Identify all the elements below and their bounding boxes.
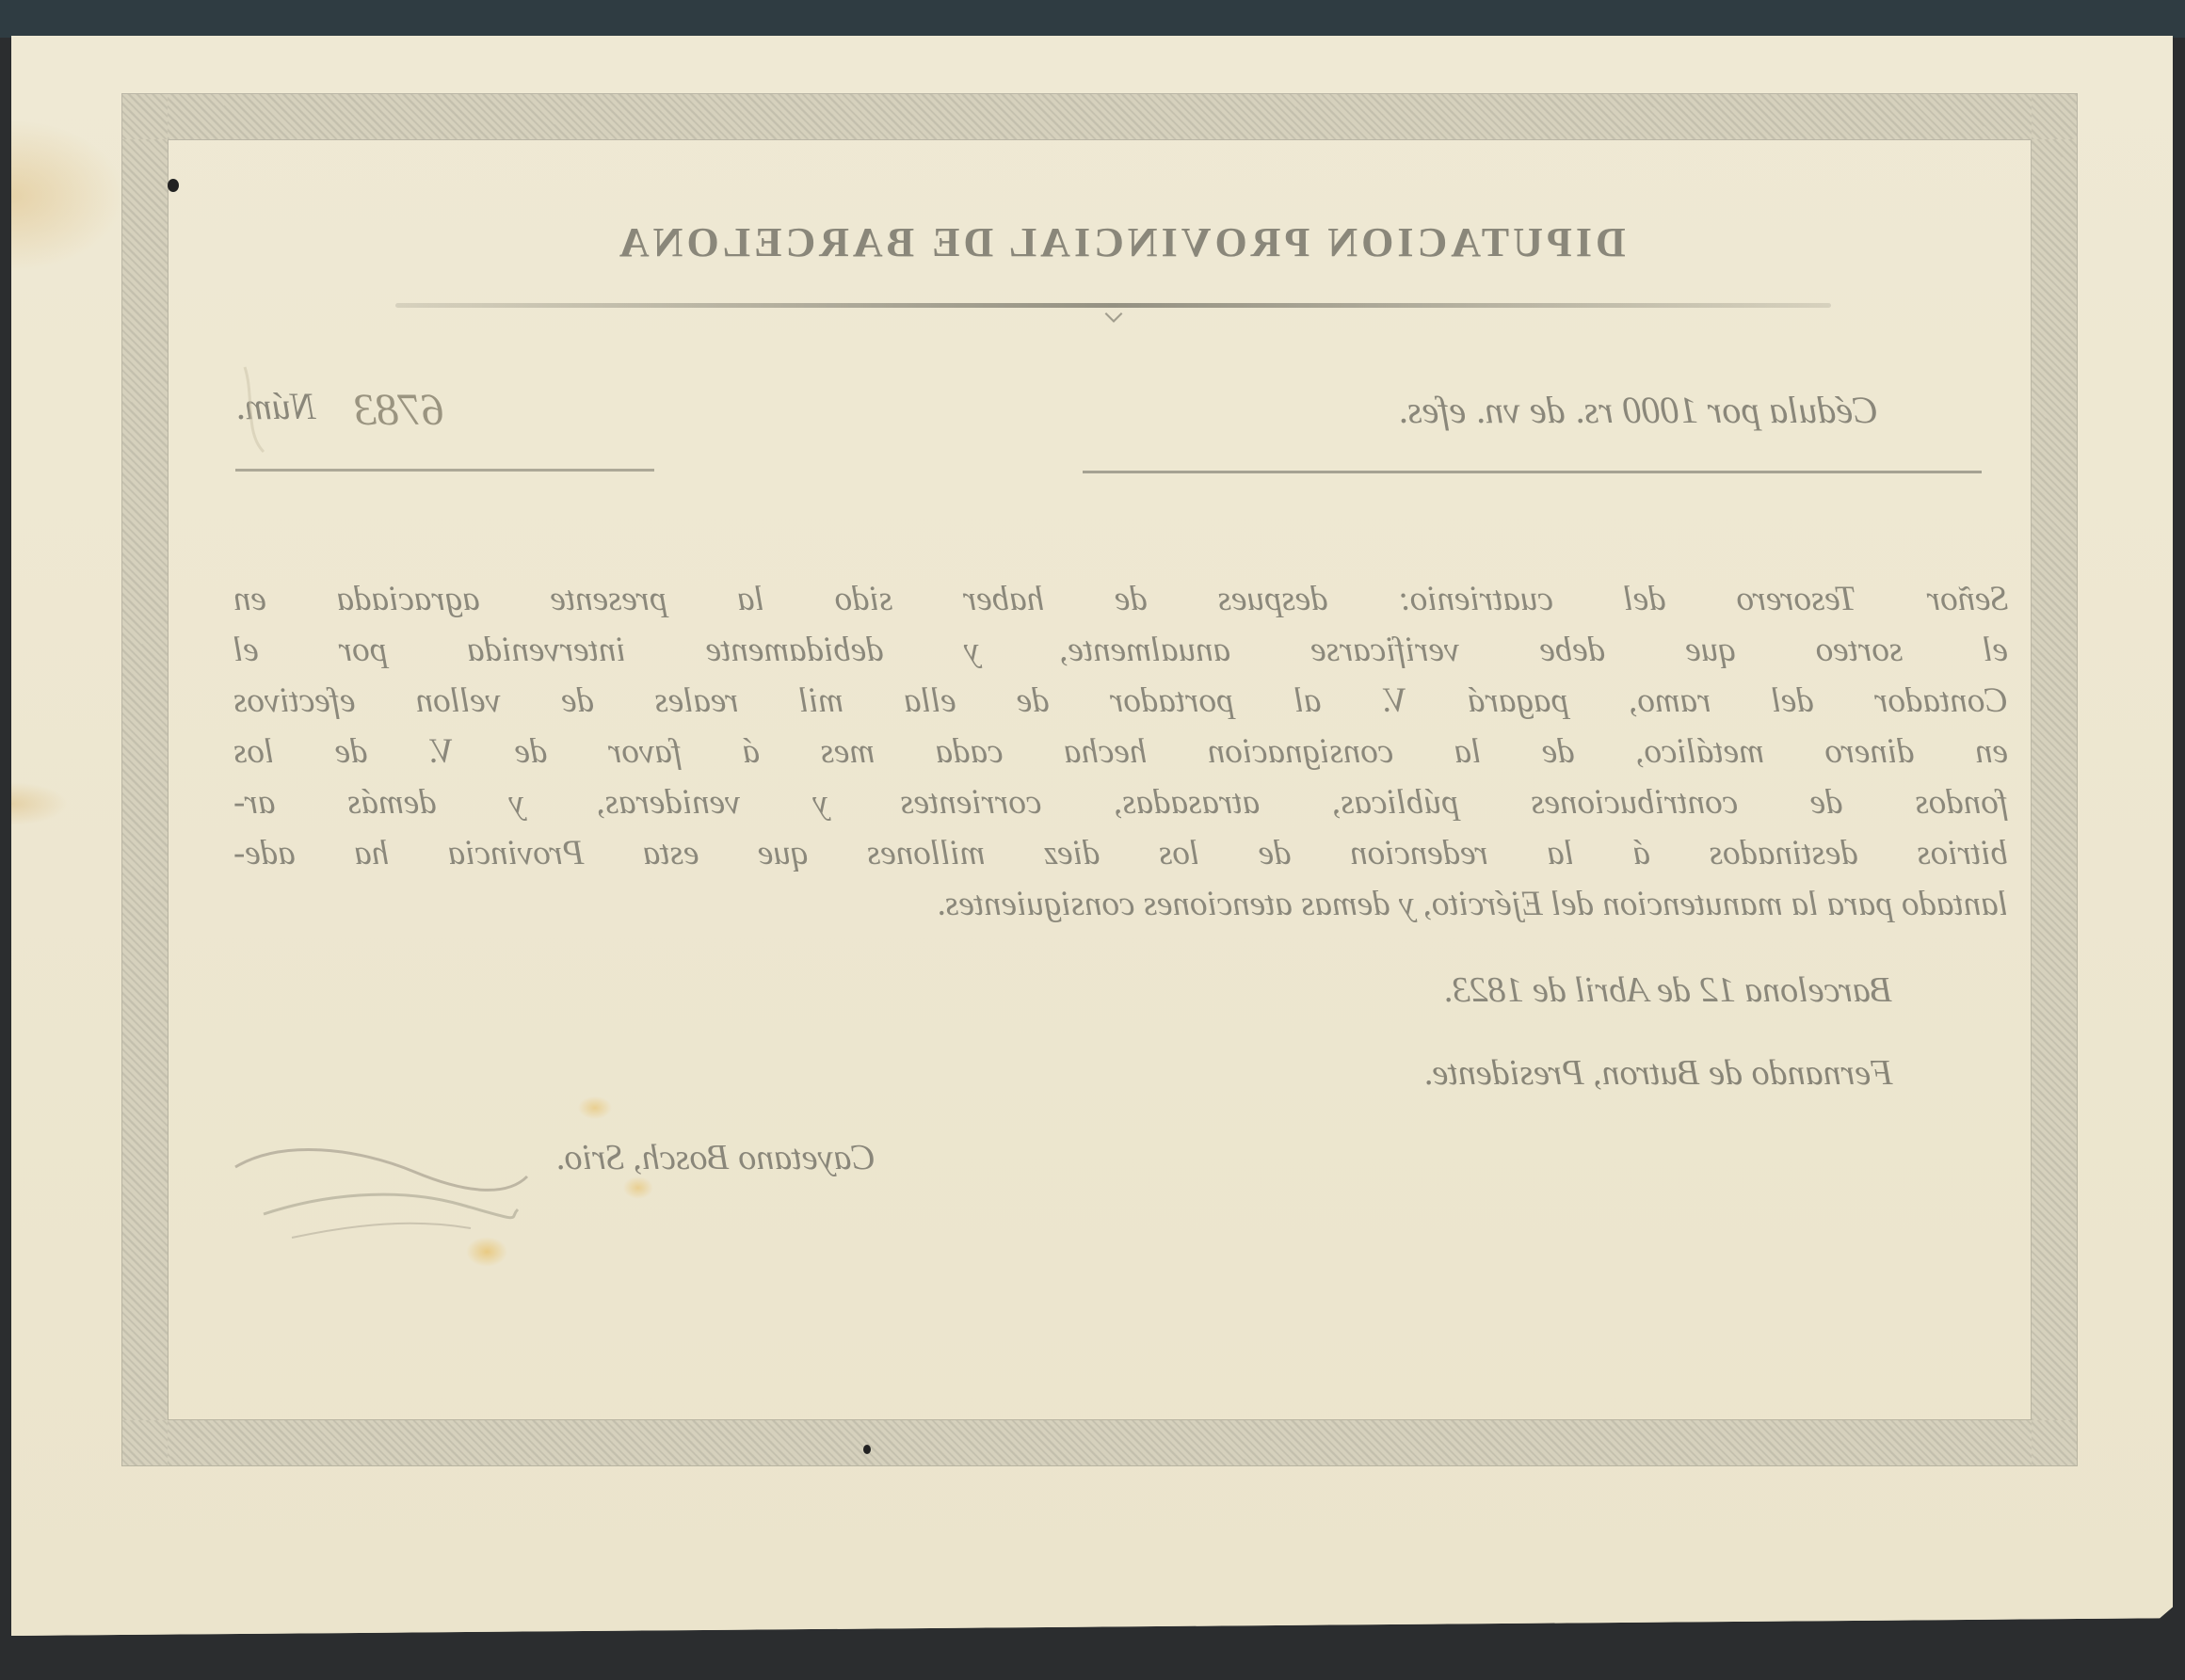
body-line: lantado para la manutencion del Ejército…: [233, 879, 2008, 930]
president-signature-line: Fernando de Butron, Presidente.: [828, 1052, 1892, 1094]
ink-speck: [168, 179, 179, 192]
title-text: DIPUTACION PROVINCIAL DE BARCELONA: [616, 218, 1626, 266]
body-line: en dinero metálico, de la consignacion h…: [233, 727, 2008, 777]
ink-speck: [863, 1445, 871, 1454]
document-title: DIPUTACION PROVINCIAL DE BARCELONA: [490, 218, 1751, 266]
body-line: fondos de contribuciones públicas, atras…: [233, 777, 2008, 828]
date-text: Barcelona 12 de Abril de 1823.: [1443, 969, 1892, 1011]
cedula-underline: [1083, 471, 1982, 473]
cedula-text: Cédula por 1000 rs. de vn. efes.: [1398, 388, 1878, 432]
scan-background-top: [0, 0, 2185, 38]
title-divider-rule: [395, 303, 1831, 308]
cedula-denomination: Cédula por 1000 rs. de vn. efes.: [1083, 388, 1878, 432]
document-body: Señor Tesorero del cuatrienio: despues d…: [233, 574, 2008, 930]
signature-flourish-icon: [226, 1129, 537, 1261]
date-line: Barcelona 12 de Abril de 1823.: [828, 969, 1892, 1011]
number-underline: [235, 469, 654, 472]
body-line: el sorteo que debe verificarse anualment…: [233, 625, 2008, 676]
body-line: bitrios destinados á la redencion de los…: [233, 828, 2008, 879]
body-line: Contador del ramo, pagará V. al portador…: [233, 676, 2008, 727]
body-line: Señor Tesorero del cuatrienio: despues d…: [233, 574, 2008, 625]
president-signature-text: Fernando de Butron, Presidente.: [1423, 1052, 1892, 1094]
secretary-signature-text: Cayetano Bosch, Srio.: [555, 1137, 876, 1178]
handwritten-mark-icon: [226, 358, 433, 461]
body-mirrored-block: Señor Tesorero del cuatrienio: despues d…: [233, 574, 2008, 930]
